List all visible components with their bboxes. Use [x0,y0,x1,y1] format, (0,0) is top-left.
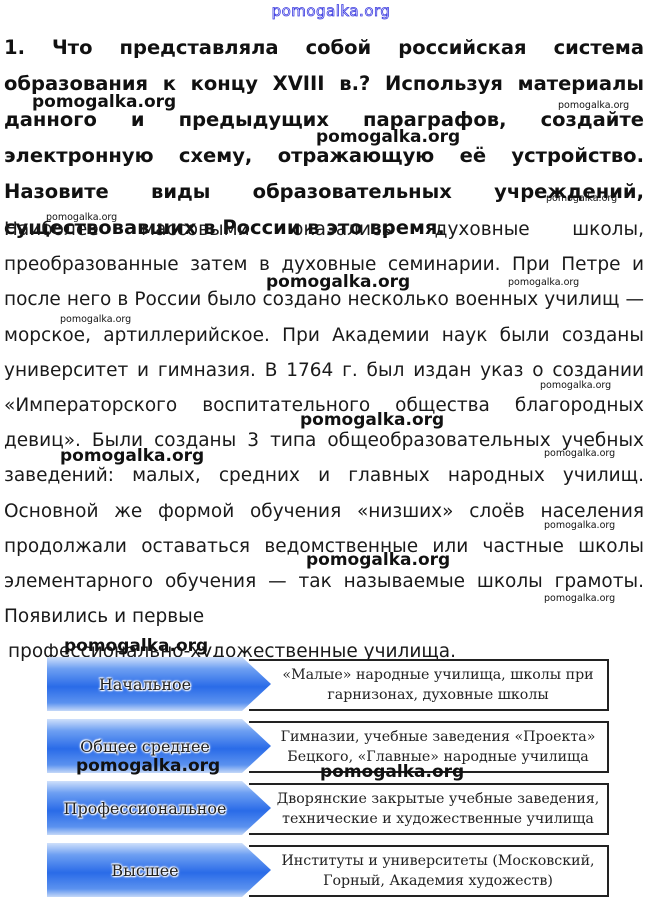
watermark: pomogalka.org [546,193,617,204]
top-watermark[interactable]: pomogalka.org [0,2,662,20]
description-text: Институты и университеты (Московский, Го… [249,851,607,891]
diagram-row-professional: Дворянские закрытые учебные заведения, т… [44,779,614,841]
watermark: pomogalka.org [544,520,615,531]
watermark: pomogalka.org [46,212,117,223]
watermark: pomogalka.org [540,380,611,391]
watermark: pomogalka.org [64,636,208,656]
watermark: pomogalka.org [316,127,460,147]
watermark: pomogalka.org [508,277,579,288]
level-label: Высшее [47,843,243,897]
watermark: pomogalka.org [306,550,450,570]
diagram-row-higher: Институты и университеты (Московский, Го… [44,841,614,903]
description-box: Институты и университеты (Московский, Го… [249,845,609,897]
level-label: Начальное [47,657,243,711]
watermark: pomogalka.org [32,92,176,112]
description-box: Дворянские закрытые учебные заведения, т… [249,783,609,835]
diagram-row-primary: «Малые» народные училища, школы при гарн… [44,655,614,717]
level-label: Профессиональное [47,781,243,835]
watermark: pomogalka.org [60,446,204,466]
description-text: Гимназии, учебные заведения «Проекта» Бе… [249,727,607,767]
description-box: «Малые» народные училища, школы при гарн… [249,659,609,711]
watermark: pomogalka.org [60,314,131,325]
watermark: pomogalka.org [300,410,444,430]
description-text: «Малые» народные училища, школы при гарн… [249,665,607,705]
watermark: pomogalka.org [544,448,615,459]
watermark: pomogalka.org [76,756,220,776]
watermark: pomogalka.org [558,100,629,111]
description-text: Дворянские закрытые учебные заведения, т… [249,789,607,829]
watermark: pomogalka.org [266,272,410,292]
watermark: pomogalka.org [320,762,464,782]
watermark: pomogalka.org [544,593,615,604]
